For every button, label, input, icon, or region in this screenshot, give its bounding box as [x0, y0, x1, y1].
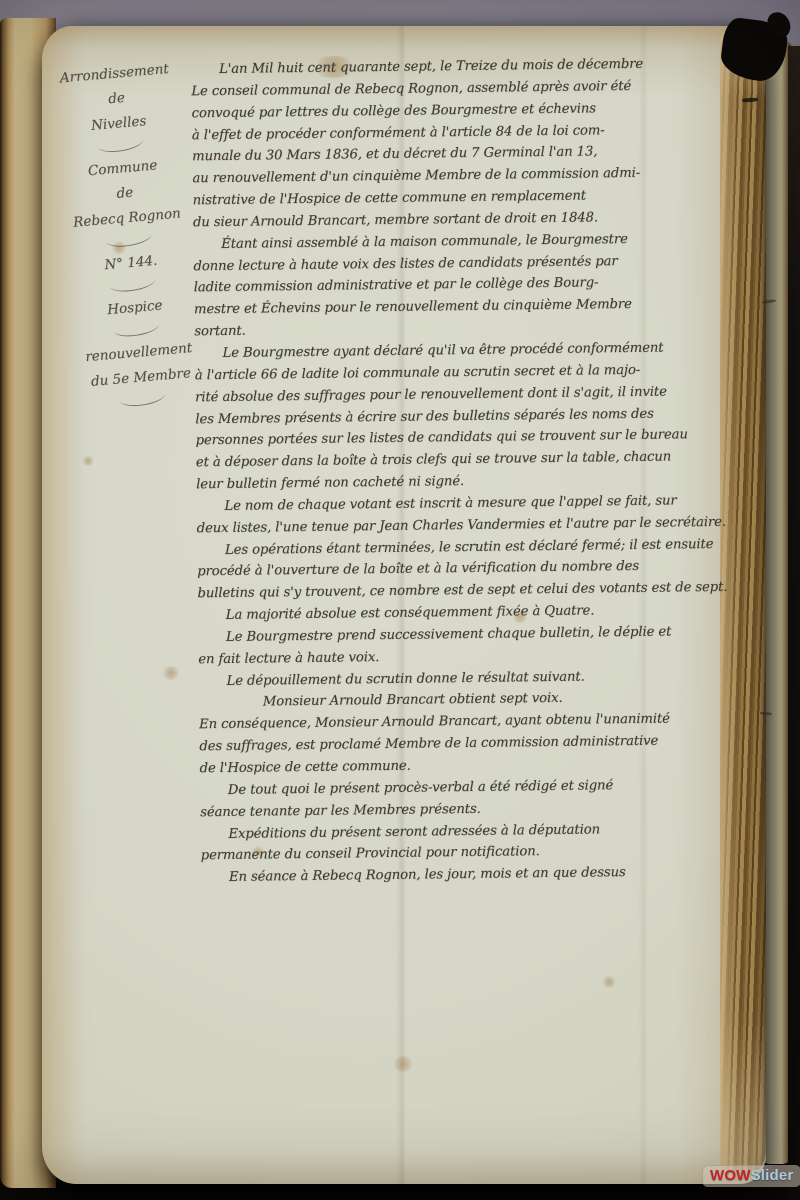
foxing-stain: [162, 666, 180, 680]
watermark-wow-text: WOW: [710, 1167, 751, 1184]
flourish-mark: [119, 392, 166, 409]
margin-note: de: [43, 85, 190, 113]
book-cover-edge: [788, 46, 800, 1200]
wowslider-watermark[interactable]: WOWSlider: [702, 1165, 800, 1187]
manuscript-page: ArrondissementdeNivellesCommunedeRebecq …: [42, 26, 766, 1184]
flourish-mark: [109, 277, 156, 294]
margin-note: du 5e Membre: [68, 364, 215, 392]
foxing-stain: [602, 976, 616, 988]
manuscript-text: L'an Mil huit cent quarante sept, le Tre…: [191, 53, 733, 890]
margin-notes: ArrondissementdeNivellesCommunedeRebecq …: [41, 60, 217, 421]
flourish-mark: [97, 138, 144, 155]
foxing-stain: [392, 1056, 414, 1072]
flourish-mark: [106, 232, 153, 249]
foxing-stain: [82, 456, 94, 466]
margin-note: renouvellement: [65, 339, 212, 367]
margin-note: Hospice: [62, 294, 209, 322]
margin-note: N° 144.: [58, 250, 205, 278]
margin-note: Nivelles: [45, 110, 192, 138]
margin-note: Arrondissement: [41, 60, 188, 88]
margin-note: Commune: [49, 155, 196, 183]
margin-note: Rebecq Rognon: [54, 205, 201, 233]
photo-stage: ArrondissementdeNivellesCommunedeRebecq …: [0, 0, 800, 1200]
watermark-slider-text: Slider: [751, 1167, 794, 1184]
margin-note: de: [51, 180, 198, 208]
flourish-mark: [113, 322, 160, 339]
